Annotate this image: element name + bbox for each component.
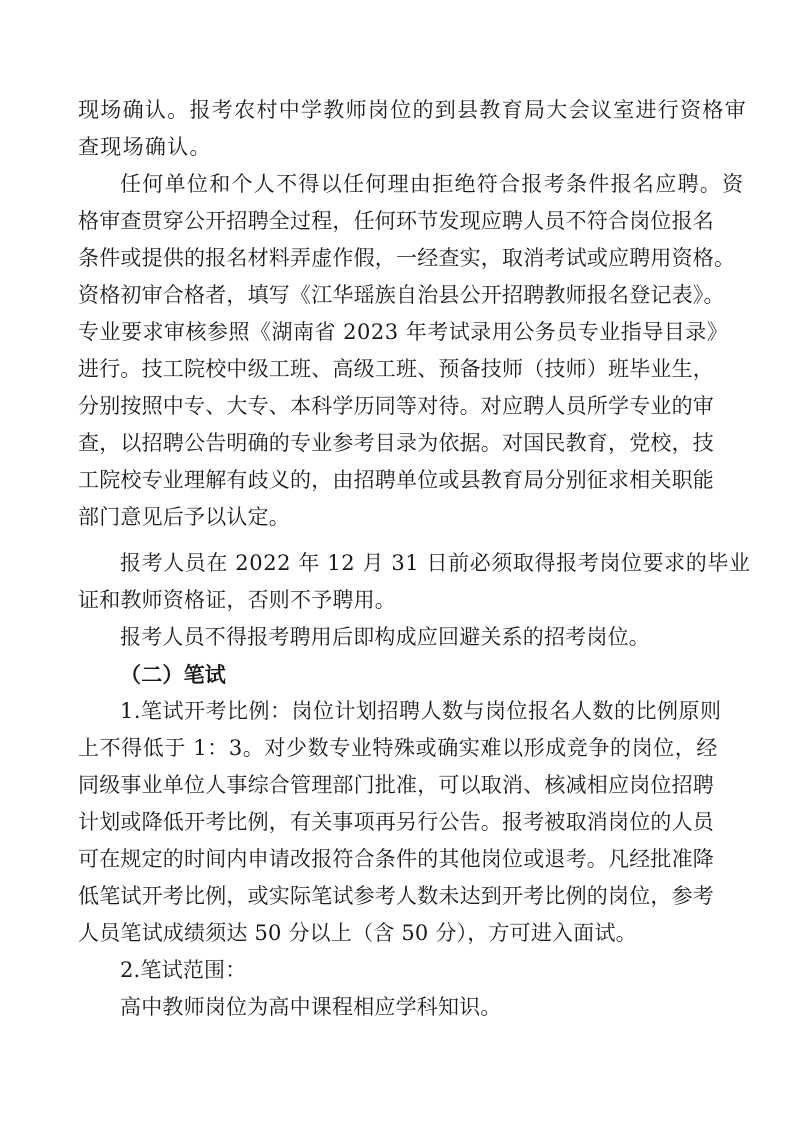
paragraph-line: 人员笔试成绩须达 50 分以上（含 50 分），方可进入面试。 (78, 915, 637, 952)
paragraph-line: 证和教师资格证，否则不予聘用。 (78, 582, 396, 619)
paragraph-line: 格审查贯穿公开招聘全过程，任何环节发现应聘人员不符合岗位报名 (78, 203, 714, 240)
paragraph-line: 报考人员在 2022 年 12 月 31 日前必须取得报考岗位要求的毕业 (120, 545, 751, 582)
section-heading: （二）笔试 (120, 656, 226, 693)
paragraph-line: 高中教师岗位为高中课程相应学科知识。 (120, 989, 502, 1026)
paragraph-line: 资格初审合格者，填写《江华瑶族自治县公开招聘教师报名登记表》。 (78, 277, 725, 314)
paragraph-line: 查现场确认。 (78, 129, 212, 166)
paragraph-line: 工院校专业理解有歧义的，由招聘单位或县教育局分别征求相关职能 (78, 462, 714, 499)
paragraph-line: 同级事业单位人事综合管理部门批准，可以取消、核减相应岗位招聘 (78, 767, 714, 804)
paragraph-line: 上不得低于 1：3。对少数专业特殊或确实难以形成竞争的岗位，经 (78, 730, 718, 767)
paragraph-line: 任何单位和个人不得以任何理由拒绝符合报考条件报名应聘。资 (120, 166, 744, 203)
paragraph-line: 进行。技工院校中级工班、高级工班、预备技师（技师）班毕业生， (78, 351, 714, 388)
paragraph-line: 计划或降低开考比例，有关事项再另行公告。报考被取消岗位的人员 (78, 804, 714, 841)
paragraph-line: 专业要求审核参照《湖南省 2023 年考试录用公务员专业指导目录》 (78, 314, 728, 351)
list-item-heading: 2.笔试范围： (120, 952, 246, 989)
paragraph-line: 部门意见后予以认定。 (78, 499, 290, 536)
paragraph-line: 条件或提供的报名材料弄虚作假，一经查实，取消考试或应聘用资格。 (78, 240, 735, 277)
paragraph-line: 分别按照中专、大专、本科学历同等对待。对应聘人员所学专业的审 (78, 388, 714, 425)
paragraph-line: 可在规定的时间内申请改报符合条件的其他岗位或退考。凡经批准降 (78, 841, 714, 878)
paragraph-line: 1.笔试开考比例：岗位计划招聘人数与岗位报名人数的比例原则 (120, 693, 722, 730)
paragraph-line: 报考人员不得报考聘用后即构成应回避关系的招考岗位。 (120, 619, 650, 656)
paragraph-line: 现场确认。报考农村中学教师岗位的到县教育局大会议室进行资格审 (78, 92, 747, 129)
paragraph-line: 低笔试开考比例，或实际笔试参考人数未达到开考比例的岗位，参考 (78, 878, 714, 915)
paragraph-line: 查，以招聘公告明确的专业参考目录为依据。对国民教育，党校，技 (78, 425, 714, 462)
